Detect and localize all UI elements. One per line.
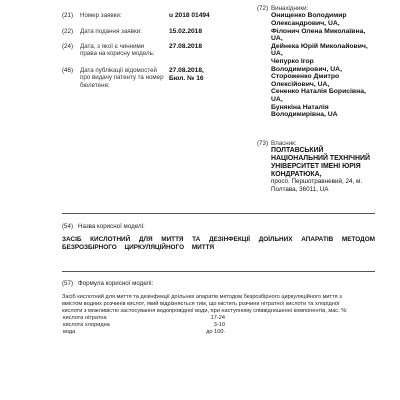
field-code: (54) bbox=[62, 223, 78, 230]
inventor-line: UA, bbox=[271, 96, 396, 104]
component-name: кислота хлоридна bbox=[63, 322, 110, 329]
inventor-line: Стороженко Дмитро bbox=[271, 73, 396, 81]
section-divider bbox=[62, 271, 375, 272]
owner-name-line: УНІВЕРСИТЕТ ІМЕНІ ЮРІЯ bbox=[271, 163, 396, 171]
component-name: вода bbox=[63, 329, 75, 336]
field-label: Дата подання заявки: bbox=[80, 28, 154, 35]
field-label: Формула корисної моделі: bbox=[78, 280, 153, 287]
title-section-header: (54)Назва корисної моделі: bbox=[62, 223, 145, 230]
field-code: (21) bbox=[62, 12, 73, 19]
inventor-line: Володимирович, UA, bbox=[271, 66, 396, 74]
owner-details: ПОЛТАВСЬКИЙ НАЦІОНАЛЬНИЙ ТЕХНІЧНИЙ УНІВЕ… bbox=[271, 147, 396, 193]
claims-section-header: (57)Формула корисної моделі: bbox=[62, 280, 153, 287]
title-line: ЗАСІБ КИСЛОТНИЙ ДЛЯ МИТТЯ ТА ДЕЗІНФЕКЦІЇ… bbox=[62, 236, 375, 244]
field-label: Номер заявки: bbox=[80, 12, 154, 19]
inventors-list: Онищенко Володимир Олександрович, UA, Фі… bbox=[271, 12, 396, 118]
field-code: (73) bbox=[257, 140, 268, 147]
owner-name-line: ПОЛТАВСЬКИЙ bbox=[271, 147, 396, 155]
component-value: 3-10 bbox=[177, 322, 225, 329]
field-code: (57) bbox=[62, 280, 78, 287]
claim-line: вмістом водних розчинів кислот, який від… bbox=[62, 301, 375, 308]
claim-line: кислоти з можливістю застосування водопр… bbox=[62, 308, 375, 315]
field-value: 27.08.2018 bbox=[169, 43, 202, 50]
component-name: кислота нітратна bbox=[63, 315, 107, 322]
field-label: Дата публікації відомостей про видачу па… bbox=[80, 67, 164, 89]
inventor-line: Бунякіна Наталія bbox=[271, 104, 396, 112]
inventor-line: Олександрович, UA, bbox=[271, 20, 396, 28]
inventor-line: Сененко Наталія Борисівна, bbox=[271, 88, 396, 96]
inventor-line: Дейнека Юрій Миколайович, bbox=[271, 43, 396, 51]
inventor-line: Філонич Олена Миколаївна, bbox=[271, 28, 396, 36]
inventor-line: Онищенко Володимир bbox=[271, 12, 396, 20]
patent-page: (21) Номер заявки: u 2018 01494 (22) Дат… bbox=[0, 0, 400, 400]
section-divider bbox=[62, 213, 375, 214]
field-value: 15.02.2018 bbox=[169, 28, 202, 35]
field-code: (72) bbox=[257, 5, 268, 12]
owner-name-line: НАЦІОНАЛЬНИЙ ТЕХНІЧНИЙ bbox=[271, 155, 396, 163]
field-value: u 2018 01494 bbox=[169, 12, 210, 19]
field-code: (24) bbox=[62, 43, 73, 50]
bulletin-number: Бюл. № 16 bbox=[169, 75, 204, 82]
field-label: Назва корисної моделі: bbox=[78, 223, 145, 230]
inventor-line: Чепурко Ігор bbox=[271, 58, 396, 66]
claim-line: Засіб кислотний для миття та дезінфекції… bbox=[62, 294, 375, 301]
field-label: Дата, з якої є чинними права на корисну … bbox=[80, 43, 160, 58]
inventor-line: Володимирівна, UA bbox=[271, 111, 396, 119]
field-code: (22) bbox=[62, 28, 73, 35]
owner-address-line: просп. Першотравневий, 24, м. bbox=[271, 178, 396, 185]
claims-text: Засіб кислотний для миття та дезінфекції… bbox=[62, 294, 375, 315]
field-label: Винахідники: bbox=[271, 5, 308, 12]
field-value: 27.08.2018, bbox=[169, 67, 204, 74]
utility-model-title: ЗАСІБ КИСЛОТНИЙ ДЛЯ МИТТЯ ТА ДЕЗІНФЕКЦІЇ… bbox=[62, 236, 375, 251]
component-value: 17-24 bbox=[177, 315, 225, 322]
inventor-line: UA, bbox=[271, 50, 396, 58]
inventor-line: UA, bbox=[271, 35, 396, 43]
component-value: до 100. bbox=[177, 329, 225, 336]
owner-address-line: Полтава, 36011, UA bbox=[271, 186, 396, 193]
title-line: БЕЗРОЗБІРНОГО ЦИРКУЛЯЦІЙНОГО МИТТЯ bbox=[62, 244, 375, 252]
field-code: (46) bbox=[62, 67, 73, 74]
